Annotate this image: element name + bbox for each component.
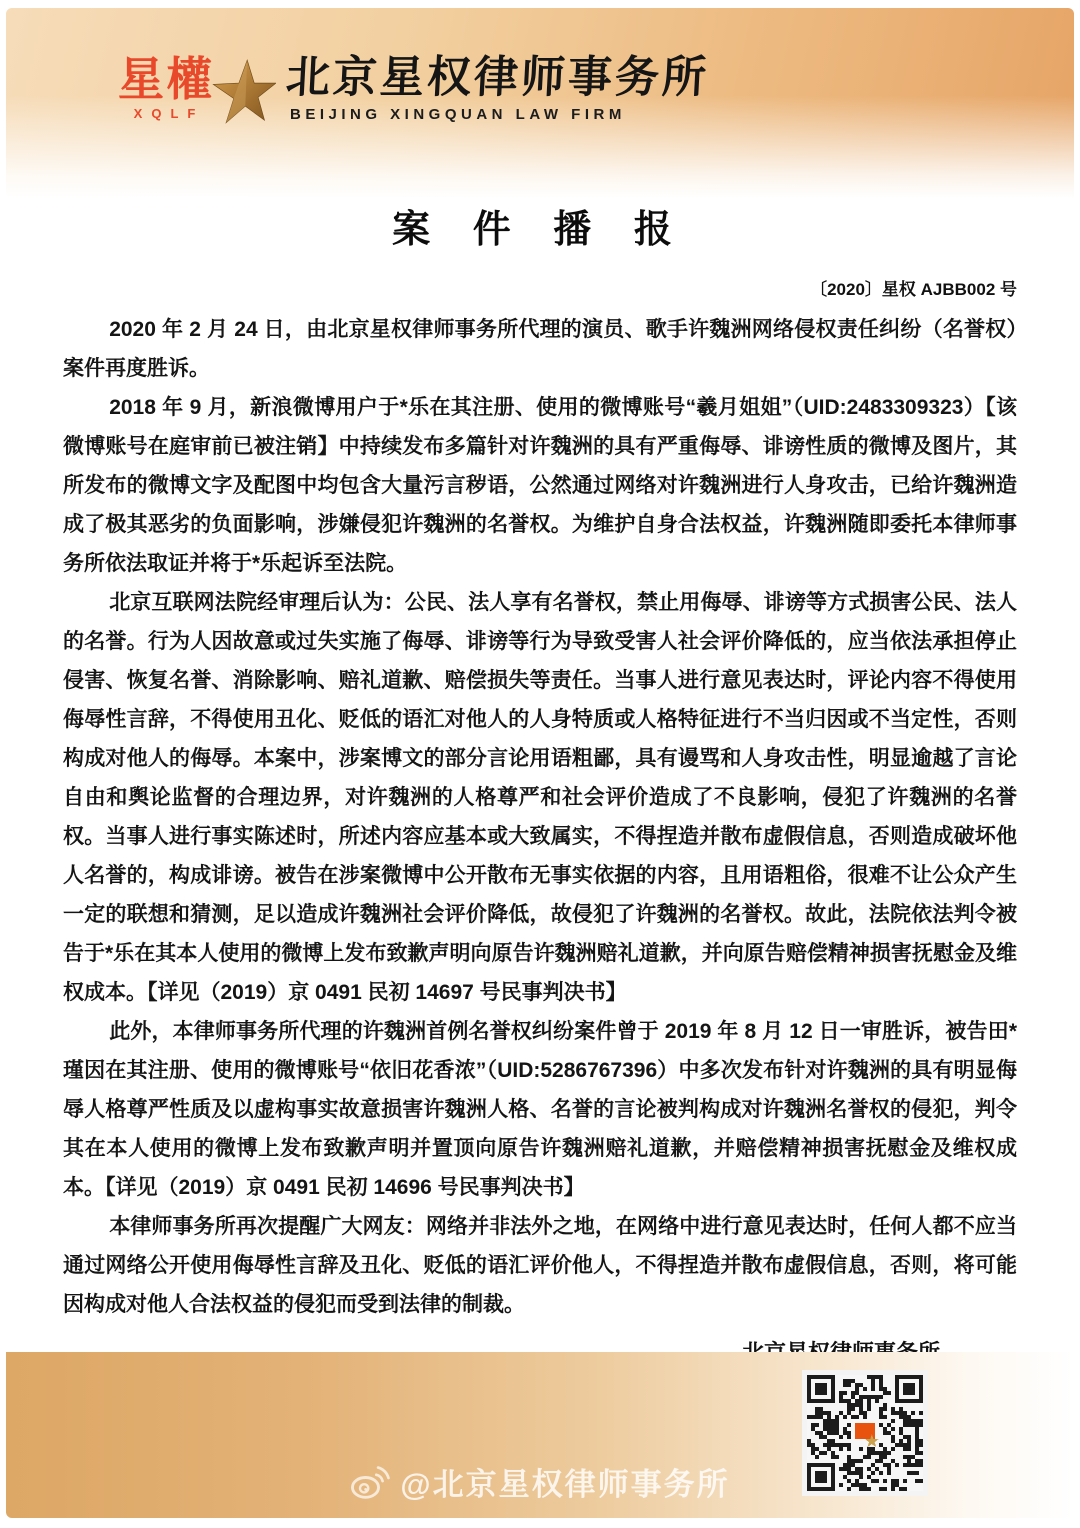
logo-seal-abbreviation: XQLF [118, 106, 214, 121]
footer-band: @北京星权律师事务所 [6, 1352, 1074, 1518]
logo-seal-characters: 星權 [118, 56, 214, 102]
weibo-watermark: @北京星权律师事务所 [6, 1459, 1074, 1504]
weibo-handle: @北京星权律师事务所 [400, 1459, 729, 1504]
paragraph-1: 2020 年 2 月 24 日，由北京星权律师事务所代理的演员、歌手许魏洲网络侵… [63, 310, 1017, 388]
paragraph-3: 北京互联网法院经审理后认为：公民、法人享有名誉权，禁止用侮辱、诽谤等方式损害公民… [63, 583, 1017, 1012]
body-paragraphs: 2020 年 2 月 24 日，由北京星权律师事务所代理的演员、歌手许魏洲网络侵… [63, 310, 1017, 1324]
logo-seal: 星權 XQLF [118, 56, 214, 121]
gold-star-icon [212, 56, 276, 132]
firm-logo: 星權 XQLF 北京星权律师事务所 BEIJING XING [118, 50, 709, 126]
header-band: 星權 XQLF 北京星权律师事务所 BEIJING XING [6, 8, 1074, 198]
case-number: 〔2020〕星权 AJBB002 号 [63, 275, 1017, 300]
case-report-page: 星權 XQLF 北京星权律师事务所 BEIJING XING [0, 0, 1080, 1528]
firm-name-chinese: 北京星权律师事务所 [285, 54, 711, 102]
paragraph-2: 2018 年 9 月，新浪微博用户于*乐在其注册、使用的微博账号“羲月姐姐”（U… [63, 388, 1017, 583]
firm-name-english: BEIJING XINGQUAN LAW FIRM [286, 106, 709, 123]
paragraph-4: 此外，本律师事务所代理的许魏洲首例名誉权纠纷案件曾于 2019 年 8 月 12… [63, 1012, 1017, 1207]
page-title: 案 件 播 报 [0, 198, 1080, 253]
document-body: 案 件 播 报 〔2020〕星权 AJBB002 号 2020 年 2 月 24… [0, 196, 1080, 1510]
paragraph-5: 本律师事务所再次提醒广大网友：网络并非法外之地，在网络中进行意见表达时，任何人都… [63, 1207, 1017, 1324]
weibo-icon [350, 1464, 390, 1500]
logo-names: 北京星权律师事务所 BEIJING XINGQUAN LAW FIRM [286, 54, 709, 123]
